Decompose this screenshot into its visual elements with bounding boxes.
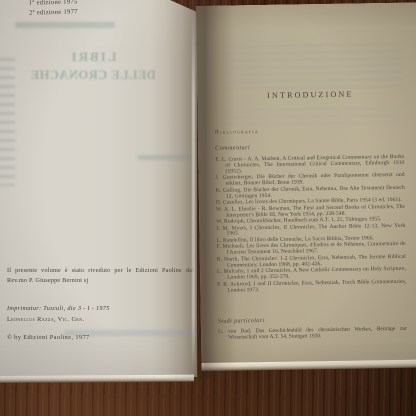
studies-heading: Studi particolari [218, 318, 265, 325]
show-through-text-line [15, 22, 115, 28]
commentaries-heading: Commentari [215, 144, 250, 152]
open-book-photo: 1ª edizione 1975 2ª edizione 1977 LIBRI … [0, 0, 416, 416]
edition-history: 1ª edizione 1975 2ª edizione 1977 [29, 0, 78, 19]
bibliography-entry: P. R. Ackroyd, I and II Chronicles, Esra… [217, 279, 406, 294]
bibliography-list: E. L. Curtis - A. A. Madsen, A Critical … [215, 155, 406, 295]
studies-list: G. von Rad, Das Geschichtsbild des chron… [218, 327, 407, 342]
imprimatur-line: Imprimatur: Tusculi, die 3 - I - 1975 [7, 305, 110, 312]
show-through-book-title: LIBRI DELLE CRONACHE [18, 50, 168, 86]
left-page: 1ª edizione 1975 2ª edizione 1977 LIBRI … [0, 0, 197, 377]
revision-note: Il presente volume è stato riveduto per … [7, 266, 194, 286]
edition-line-2: 2ª edizione 1977 [29, 7, 78, 18]
show-through-text-column [0, 58, 15, 186]
right-page: INTRODUZIONE Bibliografia Commentari E. … [196, 3, 416, 365]
right-page-fore-edge [202, 360, 416, 372]
bibliography-heading: Bibliografia [215, 128, 259, 136]
copyright-line: © by Edizioni Paoline, 1977 [7, 334, 90, 341]
show-through-text-line [138, 155, 194, 160]
vicar-general-line: Leonellus Razza, Vic. Gen. [7, 316, 85, 323]
show-through-title-line-1: LIBRI [18, 50, 168, 64]
chapter-title: INTRODUZIONE [197, 89, 416, 102]
show-through-paragraph [224, 107, 400, 126]
left-page-fore-edge [0, 375, 194, 383]
bibliography-entry: G. von Rad, Das Geschichtsbild des chron… [218, 327, 407, 342]
show-through-paragraph [221, 43, 402, 94]
show-through-title-line-2: DELLE CRONACHE [18, 64, 168, 86]
